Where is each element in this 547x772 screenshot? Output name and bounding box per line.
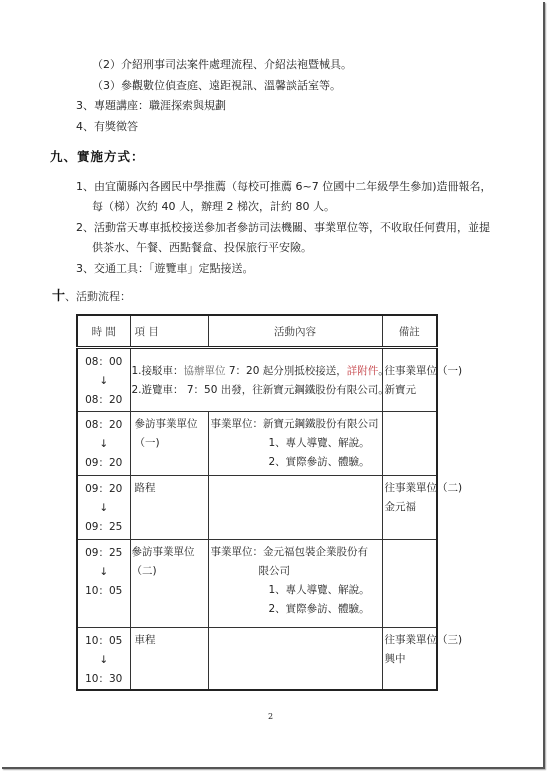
end-time: 10：30 <box>78 670 130 689</box>
content-cell <box>208 476 382 540</box>
note-cell: 往事業單位（一) 新寶元 <box>382 348 437 412</box>
item-career-lecture: 3、專題講座：職涯探索與規劃 <box>76 99 226 113</box>
schedule-table: 時 間 項 目 活動內容 備註 08：00 ↓ 08：20 1.接駁車：協辦單位… <box>76 314 438 691</box>
note-line-2: 金元福 <box>385 498 435 517</box>
section-9-heading: 九、實施方式： <box>50 149 145 165</box>
header-content: 活動內容 <box>208 315 382 348</box>
note-line-2: 新寶元 <box>385 381 435 400</box>
time-cell: 10：05 ↓ 10：30 <box>77 628 130 691</box>
note-cell <box>382 540 437 628</box>
shuttle-line: 1.接駁車：協辦單位 7：20 起分別抵校接送，詳附件。 <box>132 362 380 381</box>
section-9-item-2-line1: 2、活動當天專車抵校接送參加者參訪司法機關、事業單位等，不收取任何費用，並提 <box>76 221 490 235</box>
item-line-1: 參訪事業單位 <box>135 415 206 434</box>
content-line-1: 事業單位：新寶元鋼鐵股份有限公司 <box>211 415 380 434</box>
time-cell: 08：00 ↓ 08：20 <box>77 348 130 412</box>
item-line-2: （二) <box>132 562 206 581</box>
note-cell <box>382 412 437 476</box>
header-time: 時 間 <box>77 315 130 348</box>
arrow-down-icon: ↓ <box>78 499 130 518</box>
intro-item-2: （2）介紹刑事司法案件處理流程、介紹法袍暨械具。 <box>92 58 352 72</box>
section-9-item-1-line1: 1、由宜蘭縣內各國民中學推薦（每校可推薦 6~7 位國中二年級學生參加)造冊報名… <box>76 180 492 194</box>
item-line-1: 路程 <box>135 479 206 498</box>
arrow-down-icon: ↓ <box>78 651 130 670</box>
content-line-1: 事業單位：金元福包裝企業股份有 <box>211 543 380 562</box>
item-cell: 車程 <box>130 628 208 691</box>
table-row: 08：00 ↓ 08：20 1.接駁車：協辦單位 7：20 起分別抵校接送，詳附… <box>77 348 437 412</box>
header-note: 備註 <box>382 315 437 348</box>
arrow-down-icon: ↓ <box>78 563 130 582</box>
item-line-1: 車程 <box>135 631 206 650</box>
item-line-1: 參訪事業單位 <box>132 543 206 562</box>
page-number: 2 <box>268 712 273 721</box>
content-cell: 事業單位：金元福包裝企業股份有 限公司 1、專人導覽、解說。 2、實際參訪、體驗… <box>208 540 382 628</box>
end-time: 10：05 <box>78 582 130 601</box>
section-10-title: 、活動流程： <box>65 290 131 303</box>
co-organizer-text: 協辦單位 <box>184 365 226 377</box>
time-cell: 08：20 ↓ 09：20 <box>77 412 130 476</box>
item-line-2: （一) <box>135 434 206 453</box>
start-time: 09：20 <box>78 480 130 499</box>
time-cell: 09：20 ↓ 09：25 <box>77 476 130 540</box>
document-page: （2）介紹刑事司法案件處理流程、介紹法袍暨械具。 （3）參觀數位偵查庭、遠距視訊… <box>0 0 543 767</box>
section-9-item-1-line2: 每（梯）次約 40 人，辦理 2 梯次，計約 80 人。 <box>92 200 335 214</box>
content-line-3: 2、實際參訪、體驗。 <box>211 453 380 472</box>
merged-item-content-cell: 1.接駁車：協辦單位 7：20 起分別抵校接送，詳附件。 2.遊覽車： 7：50… <box>130 348 382 412</box>
item-cell: 參訪事業單位 （二) <box>130 540 208 628</box>
table-row: 09：20 ↓ 09：25 路程 往事業單位（二) 金元福 <box>77 476 437 540</box>
start-time: 08：20 <box>78 416 130 435</box>
intro-item-3: （3）參觀數位偵查庭、遠距視訊、溫馨談話室等。 <box>92 79 341 93</box>
section-9-item-2-line2: 供茶水、午餐、西點餐盒、投保旅行平安險。 <box>92 241 312 255</box>
section-10-number: 十 <box>52 289 65 304</box>
content-line-2: 1、專人導覽、解說。 <box>211 434 380 453</box>
arrow-down-icon: ↓ <box>78 435 130 454</box>
note-line-1: 往事業單位（二) <box>385 479 435 498</box>
section-9-item-3: 3、交通工具：「遊覽車」定點接送。 <box>76 262 254 276</box>
note-line-1: 往事業單位（三) <box>385 631 435 650</box>
table-row: 08：20 ↓ 09：20 參訪事業單位 （一) 事業單位：新寶元鋼鐵股份有限公… <box>77 412 437 476</box>
item-cell: 參訪事業單位 （一) <box>130 412 208 476</box>
content-line-2: 1、專人導覽、解說。 <box>211 581 380 600</box>
content-cell: 事業單位：新寶元鋼鐵股份有限公司 1、專人導覽、解說。 2、實際參訪、體驗。 <box>208 412 382 476</box>
section-10-heading: 十、活動流程： <box>52 290 131 304</box>
end-time: 08：20 <box>78 391 130 410</box>
table-row: 10：05 ↓ 10：30 車程 往事業單位（三) 興中 <box>77 628 437 691</box>
table-row: 09：25 ↓ 10：05 參訪事業單位 （二) 事業單位：金元福包裝企業股份有… <box>77 540 437 628</box>
content-cell <box>208 628 382 691</box>
note-cell: 往事業單位（三) 興中 <box>382 628 437 691</box>
content-line-1b: 限公司 <box>211 562 380 581</box>
start-time: 10：05 <box>78 632 130 651</box>
note-line-2: 興中 <box>385 650 435 669</box>
arrow-down-icon: ↓ <box>78 372 130 391</box>
shuttle-label: 1.接駁車： <box>132 365 184 377</box>
end-time: 09：20 <box>78 454 130 473</box>
item-cell: 路程 <box>130 476 208 540</box>
attachment-link[interactable]: 詳附件 <box>347 365 379 377</box>
table-header-row: 時 間 項 目 活動內容 備註 <box>77 315 437 348</box>
time-cell: 09：25 ↓ 10：05 <box>77 540 130 628</box>
item-quiz: 4、有獎徵答 <box>76 120 138 134</box>
shuttle-time-text: 7：20 起分別抵校接送， <box>226 365 347 377</box>
start-time: 08：00 <box>78 353 130 372</box>
start-time: 09：25 <box>78 544 130 563</box>
end-time: 09：25 <box>78 518 130 537</box>
note-cell: 往事業單位（二) 金元福 <box>382 476 437 540</box>
note-line-1: 往事業單位（一) <box>385 362 435 381</box>
content-line-3: 2、實際參訪、體驗。 <box>211 600 380 619</box>
tour-bus-line: 2.遊覽車： 7：50 出發，往新寶元鋼鐵股份有限公司。 <box>132 381 380 400</box>
header-item: 項 目 <box>130 315 208 348</box>
